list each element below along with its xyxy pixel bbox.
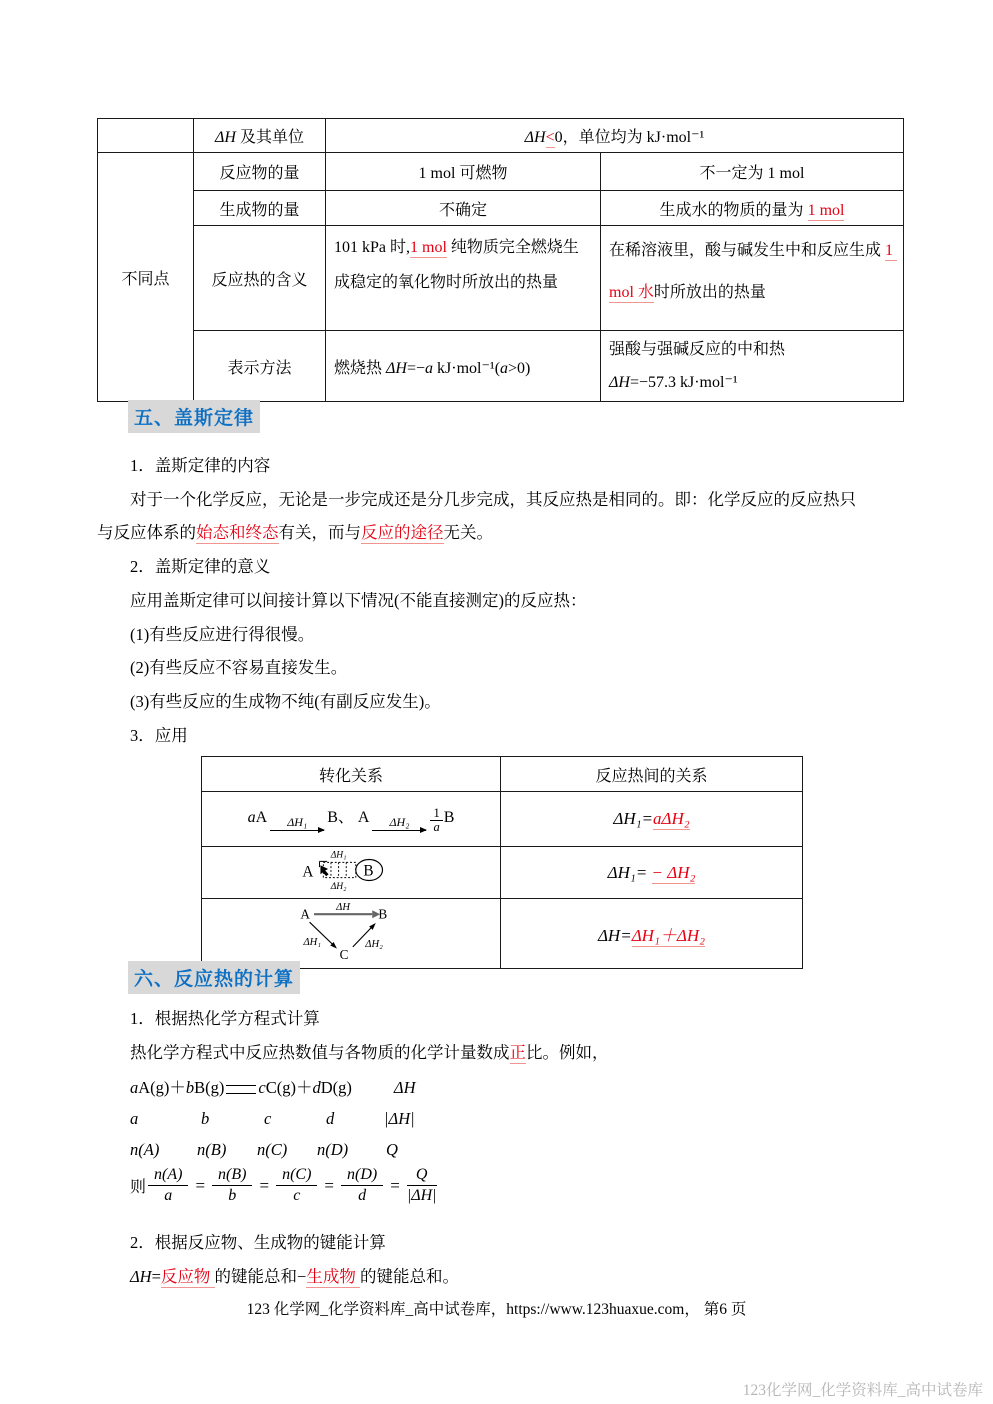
- row-label: 反应热的含义: [194, 226, 326, 331]
- table-row: A B C ΔH ΔH₁ ΔH₂ ΔH=ΔH₁＋ΔH₂: [202, 899, 803, 969]
- site-watermark: 123化学网_化学资料库_高中试卷库: [743, 1378, 983, 1400]
- fraction-den: |ΔH|: [407, 1186, 437, 1205]
- fraction-num: Q: [407, 1166, 437, 1186]
- arrow-dh2: ΔH₂: [372, 816, 426, 831]
- fraction-1-over-a: 1a: [430, 807, 442, 834]
- neutralization-heat-line2: ΔH=−57.3 kJ·mol⁻¹: [609, 366, 895, 399]
- section5-heading: 五、盖斯定律: [128, 400, 260, 433]
- row-label: 反应物的量: [194, 153, 326, 191]
- cell: 101 kPa 时,1 mol 纯物质完全燃烧生成稳定的氧化物时所放出的热量: [326, 226, 601, 331]
- sec5-item3: 3．应用: [130, 722, 188, 746]
- row-value: ΔH<0，单位均为 kJ·mol⁻¹: [326, 119, 904, 153]
- n-A: n(A): [130, 1140, 197, 1160]
- table-row: 不同点 反应物的量 1 mol 可燃物 不一定为 1 mol: [98, 153, 904, 191]
- fraction-num: n(C): [276, 1166, 317, 1186]
- fraction-den: d: [341, 1186, 383, 1205]
- relation-formula-3: ΔH=ΔH₁＋ΔH₂: [501, 899, 803, 969]
- cell: 燃烧热 ΔH=−a kJ·mol⁻¹(a>0): [326, 331, 601, 402]
- equals-sign: =: [195, 1176, 205, 1196]
- sec5-list2: (2)有些反应不容易直接发生。: [130, 654, 347, 678]
- fraction-den: a: [430, 821, 442, 834]
- header-conversion: 转化关系: [202, 757, 501, 792]
- coef-c: c: [264, 1109, 326, 1129]
- cell: 1 mol 可燃物: [326, 153, 601, 191]
- table-header-row: 转化关系 反应热间的关系: [202, 757, 803, 792]
- sec5-item2: 2．盖斯定律的意义: [130, 553, 270, 577]
- table-row: aAΔH₁B、 AΔH₂1aB ΔH₁=aΔH₂: [202, 792, 803, 847]
- coef-b: b: [201, 1109, 264, 1129]
- empty-cell: [98, 119, 194, 153]
- sec5-list1: (1)有些反应进行得很慢。: [130, 621, 314, 645]
- label-dh1: ΔH₁: [302, 937, 321, 948]
- conversion-diagram-1: aAΔH₁B、 AΔH₂1aB: [202, 792, 501, 847]
- arrow-line-icon: [270, 830, 324, 831]
- n-D: n(D): [317, 1140, 386, 1160]
- row-label: ΔH 及其单位: [194, 119, 326, 153]
- header-relation: 反应热间的关系: [501, 757, 803, 792]
- cell: 不一定为 1 mol: [601, 153, 904, 191]
- triangle-reaction-diagram: A B C ΔH ΔH₁ ΔH₂: [279, 901, 424, 961]
- comparison-table: ΔH 及其单位 ΔH<0，单位均为 kJ·mol⁻¹ 不同点 反应物的量 1 m…: [97, 118, 904, 402]
- q-heat: Q: [386, 1140, 398, 1160]
- sec5-item1: 1．盖斯定律的内容: [130, 452, 270, 476]
- coef-d: d: [326, 1109, 384, 1129]
- bond-energy-formula: ΔH=反应物 的键能总和−生成物 的键能总和。: [130, 1263, 459, 1287]
- conversion-diagram-3: A B C ΔH ΔH₁ ΔH₂: [202, 899, 501, 969]
- neutralization-heat-line1: 强酸与强碱反应的中和热: [609, 333, 895, 366]
- reversible-reaction-diagram: A B ΔH₁ ΔH₂: [286, 849, 416, 891]
- row-label: 生成物的量: [194, 191, 326, 226]
- cell: 不确定: [326, 191, 601, 226]
- label-dh2: ΔH₂: [364, 939, 383, 950]
- fraction-nA-a: n(A)a: [148, 1166, 188, 1205]
- document-page: ΔH 及其单位 ΔH<0，单位均为 kJ·mol⁻¹ 不同点 反应物的量 1 m…: [0, 0, 993, 1404]
- fraction-nC-c: n(C)c: [276, 1166, 317, 1205]
- fraction-Q-dH: Q|ΔH|: [407, 1166, 437, 1205]
- coef-a: a: [248, 809, 256, 826]
- row-label: 表示方法: [194, 331, 326, 402]
- label-dh1: ΔH₁: [330, 850, 347, 861]
- table-row: 反应热的含义 101 kPa 时,1 mol 纯物质完全燃烧生成稳定的氧化物时所…: [98, 226, 904, 331]
- cell: 生成水的物质的量为 1 mol: [601, 191, 904, 226]
- mole-row: n(A)n(B)n(C)n(D)Q: [130, 1140, 398, 1160]
- cell: 强酸与强碱反应的中和热 ΔH=−57.3 kJ·mol⁻¹: [601, 331, 904, 402]
- sec5-list3: (3)有些反应的生成物不纯(有副反应发生)。: [130, 688, 441, 712]
- fraction-num: 1: [430, 807, 442, 821]
- table-row: ΔH 及其单位 ΔH<0，单位均为 kJ·mol⁻¹: [98, 119, 904, 153]
- arrow-dh1: ΔH₁: [270, 816, 324, 831]
- sec6-paragraph1: 热化学方程式中反应热数值与各物质的化学计量数成正比。例如，: [130, 1039, 609, 1063]
- relation-formula-2: ΔH₁= − ΔH₂: [501, 847, 803, 899]
- species-C: C: [339, 947, 348, 961]
- coef-dh: |ΔH|: [384, 1109, 415, 1129]
- thermochem-equation: aA(g)＋bB(g)cC(g)＋dD(g)ΔH: [130, 1074, 416, 1098]
- dotted-box-artifact-icon: [323, 862, 355, 877]
- equals-sign: =: [259, 1176, 269, 1196]
- label-dh2: ΔH₂: [330, 881, 347, 891]
- conversion-diagram-2: A B ΔH₁ ΔH₂: [202, 847, 501, 899]
- table-row: 表示方法 燃烧热 ΔH=−a kJ·mol⁻¹(a>0) 强酸与强碱反应的中和热…: [98, 331, 904, 402]
- application-table: 转化关系 反应热间的关系 aAΔH₁B、 AΔH₂1aB ΔH₁=aΔH₂ A: [201, 756, 803, 969]
- species-B: B: [444, 809, 455, 826]
- hand-cursor-icon: [320, 865, 328, 876]
- section6-heading-wrap: 六、反应热的计算: [128, 961, 300, 994]
- fraction-den: c: [276, 1186, 317, 1205]
- species-A: A: [300, 907, 310, 922]
- hatch-artifact-icon: [331, 862, 346, 877]
- species-B: B: [363, 863, 373, 880]
- coefficient-row: abcd|ΔH|: [130, 1109, 415, 1129]
- relation-formula-1: ΔH₁=aΔH₂: [501, 792, 803, 847]
- fraction-num: n(A): [148, 1166, 188, 1186]
- n-B: n(B): [197, 1140, 257, 1160]
- cell: 在稀溶液里，酸与碱发生中和反应生成 1 mol 水时所放出的热量: [601, 226, 904, 331]
- species-A: A: [256, 809, 268, 826]
- species-A: A: [302, 864, 313, 881]
- then-label: 则: [130, 1174, 146, 1197]
- sec5-paragraph2: 与反应体系的始态和终态有关，而与反应的途径无关。: [97, 519, 493, 543]
- sec6-item2: 2．根据反应物、生成物的键能计算: [130, 1229, 386, 1253]
- arrow-line-icon: [372, 830, 426, 831]
- table-row: A B ΔH₁ ΔH₂ ΔH₁= − ΔH₂: [202, 847, 803, 899]
- arrow-label-dh2: ΔH₂: [389, 816, 409, 828]
- coef-a: a: [130, 1109, 201, 1129]
- table-row: 生成物的量 不确定 生成水的物质的量为 1 mol: [98, 191, 904, 226]
- arrow-label-dh1: ΔH₁: [287, 816, 307, 828]
- fraction-nB-b: n(B)b: [212, 1166, 252, 1205]
- label-dh: ΔH: [335, 902, 351, 913]
- comparison-table-wrapper: ΔH 及其单位 ΔH<0，单位均为 kJ·mol⁻¹ 不同点 反应物的量 1 m…: [97, 118, 904, 402]
- rowhead-cell: 不同点: [98, 153, 194, 402]
- application-table-wrapper: 转化关系 反应热间的关系 aAΔH₁B、 AΔH₂1aB ΔH₁=aΔH₂ A: [201, 756, 803, 969]
- equals-sign: =: [324, 1176, 334, 1196]
- species-B-A: B、 A: [327, 809, 369, 826]
- sec5-paragraph1: 对于一个化学反应，无论是一步完成还是分几步完成，其反应热是相同的。即：化学反应的…: [130, 486, 856, 510]
- n-C: n(C): [257, 1140, 317, 1160]
- fraction-num: n(D): [341, 1166, 383, 1186]
- sec5-paragraph3: 应用盖斯定律可以间接计算以下情况(不能直接测定)的反应热：: [130, 587, 587, 611]
- fraction-nD-d: n(D)d: [341, 1166, 383, 1205]
- equals-sign: =: [390, 1176, 400, 1196]
- proportion-equation: 则 n(A)a = n(B)b = n(C)c = n(D)d = Q|ΔH|: [130, 1166, 437, 1205]
- fraction-den: b: [212, 1186, 252, 1205]
- fraction-den: a: [148, 1186, 188, 1205]
- section6-heading: 六、反应热的计算: [128, 961, 300, 994]
- fraction-num: n(B): [212, 1166, 252, 1186]
- section5-heading-wrap: 五、盖斯定律: [128, 400, 260, 433]
- page-footer: 123 化学网_化学资料库_高中试卷库，https://www.123huaxu…: [0, 1297, 993, 1319]
- sec6-item1: 1．根据热化学方程式计算: [130, 1005, 320, 1029]
